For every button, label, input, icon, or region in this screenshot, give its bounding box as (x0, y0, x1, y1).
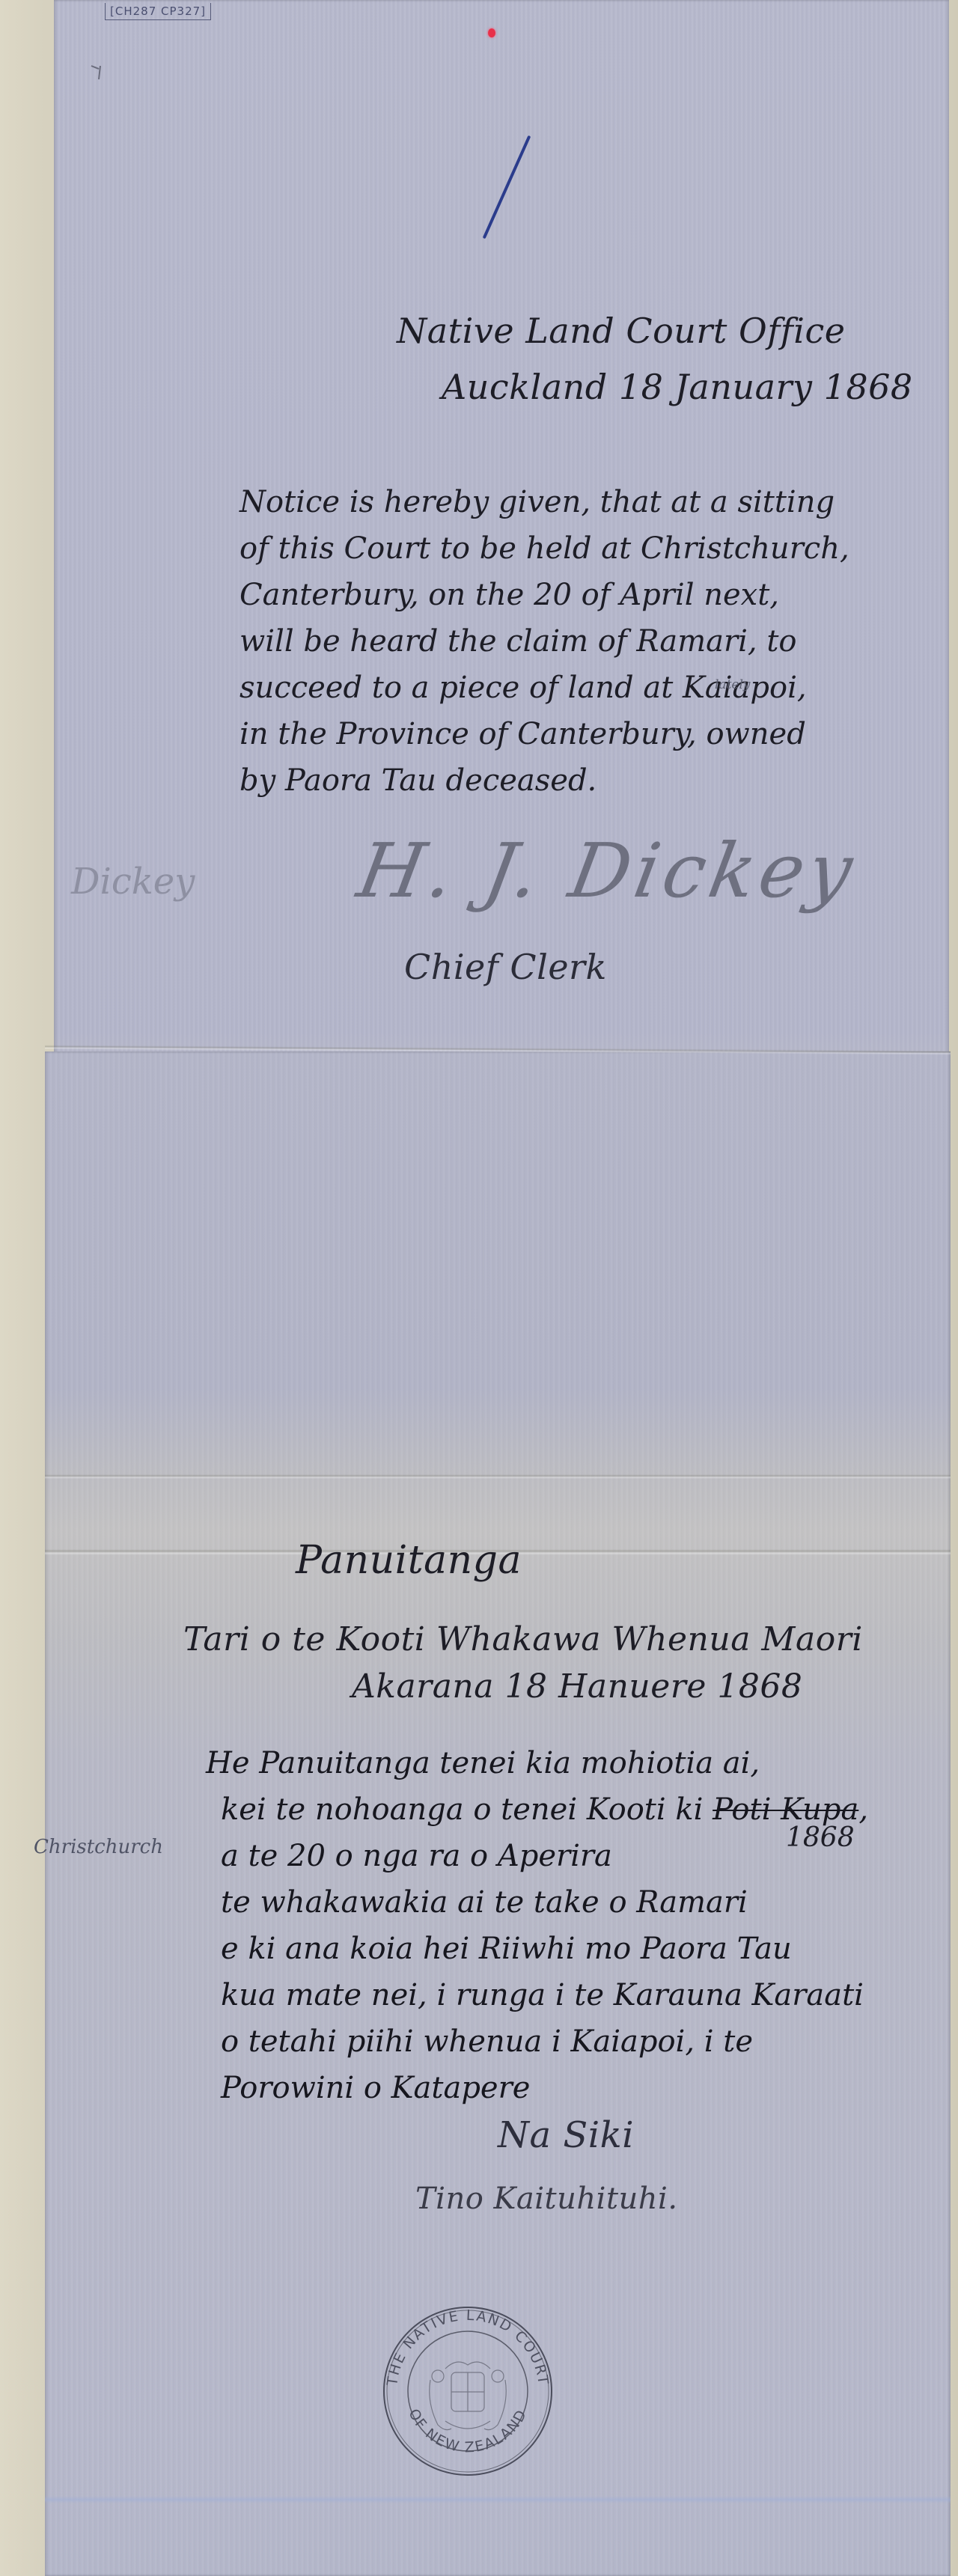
notice-line: te whakawakia ai te take o Ramari (206, 1879, 868, 1926)
notice-line: e ki ana koia hei Riiwhi mo Paora Tau (206, 1926, 868, 1972)
notice-line: succeed to a piece of land at Kaiapoi, (239, 665, 849, 711)
notice-line: in the Province of Canterbury, owned (239, 711, 849, 757)
notice-line: by Paora Tau deceased. (239, 757, 849, 804)
office-heading: Native Land Court Office (397, 311, 845, 351)
notice-line: of this Court to be held at Christchurch… (239, 525, 849, 572)
notice-body: Notice is hereby given, that at a sittin… (239, 479, 849, 804)
seal-text-bottom: OF NEW ZEALAND (405, 2406, 530, 2456)
year-annotation: 1868 (786, 1822, 855, 1853)
red-ink-mark (488, 28, 495, 37)
place-date-line: Auckland 18 January 1868 (442, 367, 913, 407)
margin-correction-note: Christchurch (34, 1836, 163, 1858)
notice-line: will be heard the claim of Ramari, to (239, 618, 849, 665)
notice-line: Canterbury, on the 20 of April next, (239, 572, 849, 618)
svg-text:OF NEW ZEALAND: OF NEW ZEALAND (405, 2406, 530, 2456)
pencil-tick-icon (90, 60, 112, 82)
signatory-title: Chief Clerk (404, 947, 607, 987)
fold-line (45, 2496, 951, 2503)
maori-notice-body: He Panuitanga tenei kia mohiotia ai, kei… (206, 1740, 868, 2111)
archive-reference-label: [CH287 CP327] (105, 3, 211, 20)
maori-signature: Na Siki (498, 2114, 634, 2156)
signature-chief-clerk: H. J. Dickey (352, 827, 864, 915)
interlinear-insert: lately (715, 677, 751, 692)
notice-line: kei te nohoanga o tenei Kooti ki Poti Ku… (206, 1786, 868, 1833)
notice-line: He Panuitanga tenei kia mohiotia ai, (206, 1740, 868, 1786)
pencil-margin-name: Dickey (71, 861, 195, 903)
maori-date-line: Akarana 18 Hanuere 1868 (352, 1667, 802, 1706)
maori-heading: Panuitanga (296, 1538, 522, 1583)
notice-line: kua mate nei, i runga i te Karauna Karaa… (206, 1972, 868, 2018)
notice-line: o tetahi piihi whenua i Kaiapoi, i te (206, 2018, 868, 2065)
fold-line (45, 1474, 951, 1479)
maori-signatory-title: Tino Kaituhituhi. (415, 2182, 678, 2216)
notice-line: Notice is hereby given, that at a sittin… (239, 479, 849, 525)
notice-line: a te 20 o nga ra o Aperira (206, 1833, 868, 1879)
notice-line: Porowini o Katapere (206, 2065, 868, 2111)
maori-office-line: Tari o te Kooti Whakawa Whenua Maori (183, 1620, 863, 1658)
native-land-court-seal-icon: THE NATIVE LAND COURT OF NEW ZEALAND (374, 2298, 561, 2485)
